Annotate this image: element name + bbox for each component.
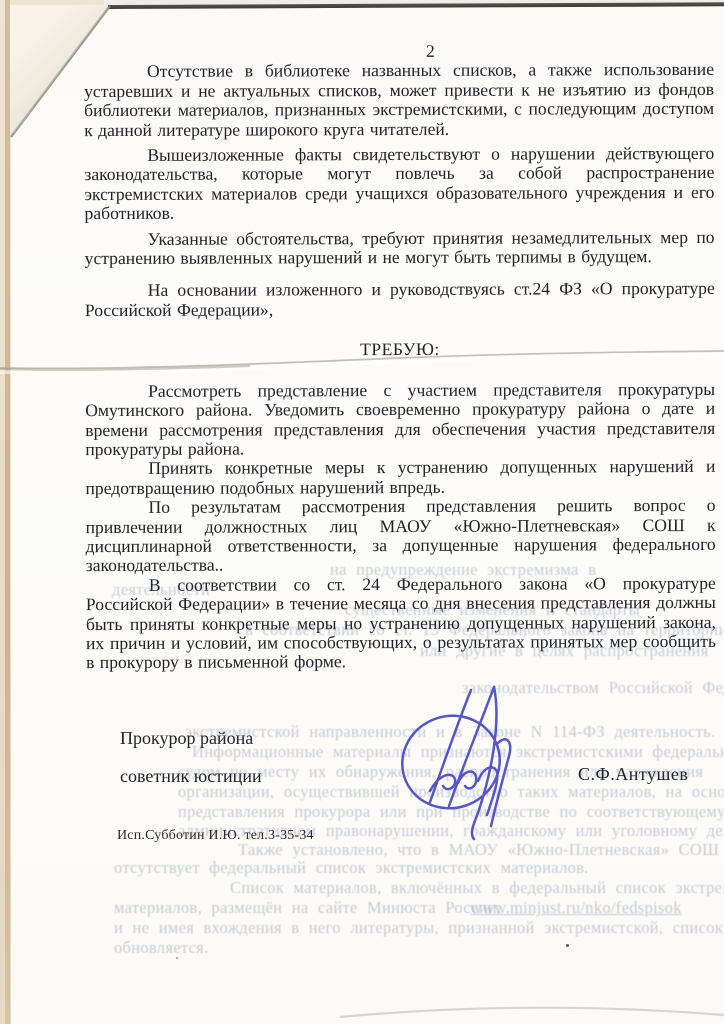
signature-ink <box>0 0 724 1024</box>
scanned-document-page: на предупреждение экстремизма вдеятельно… <box>0 0 724 1024</box>
